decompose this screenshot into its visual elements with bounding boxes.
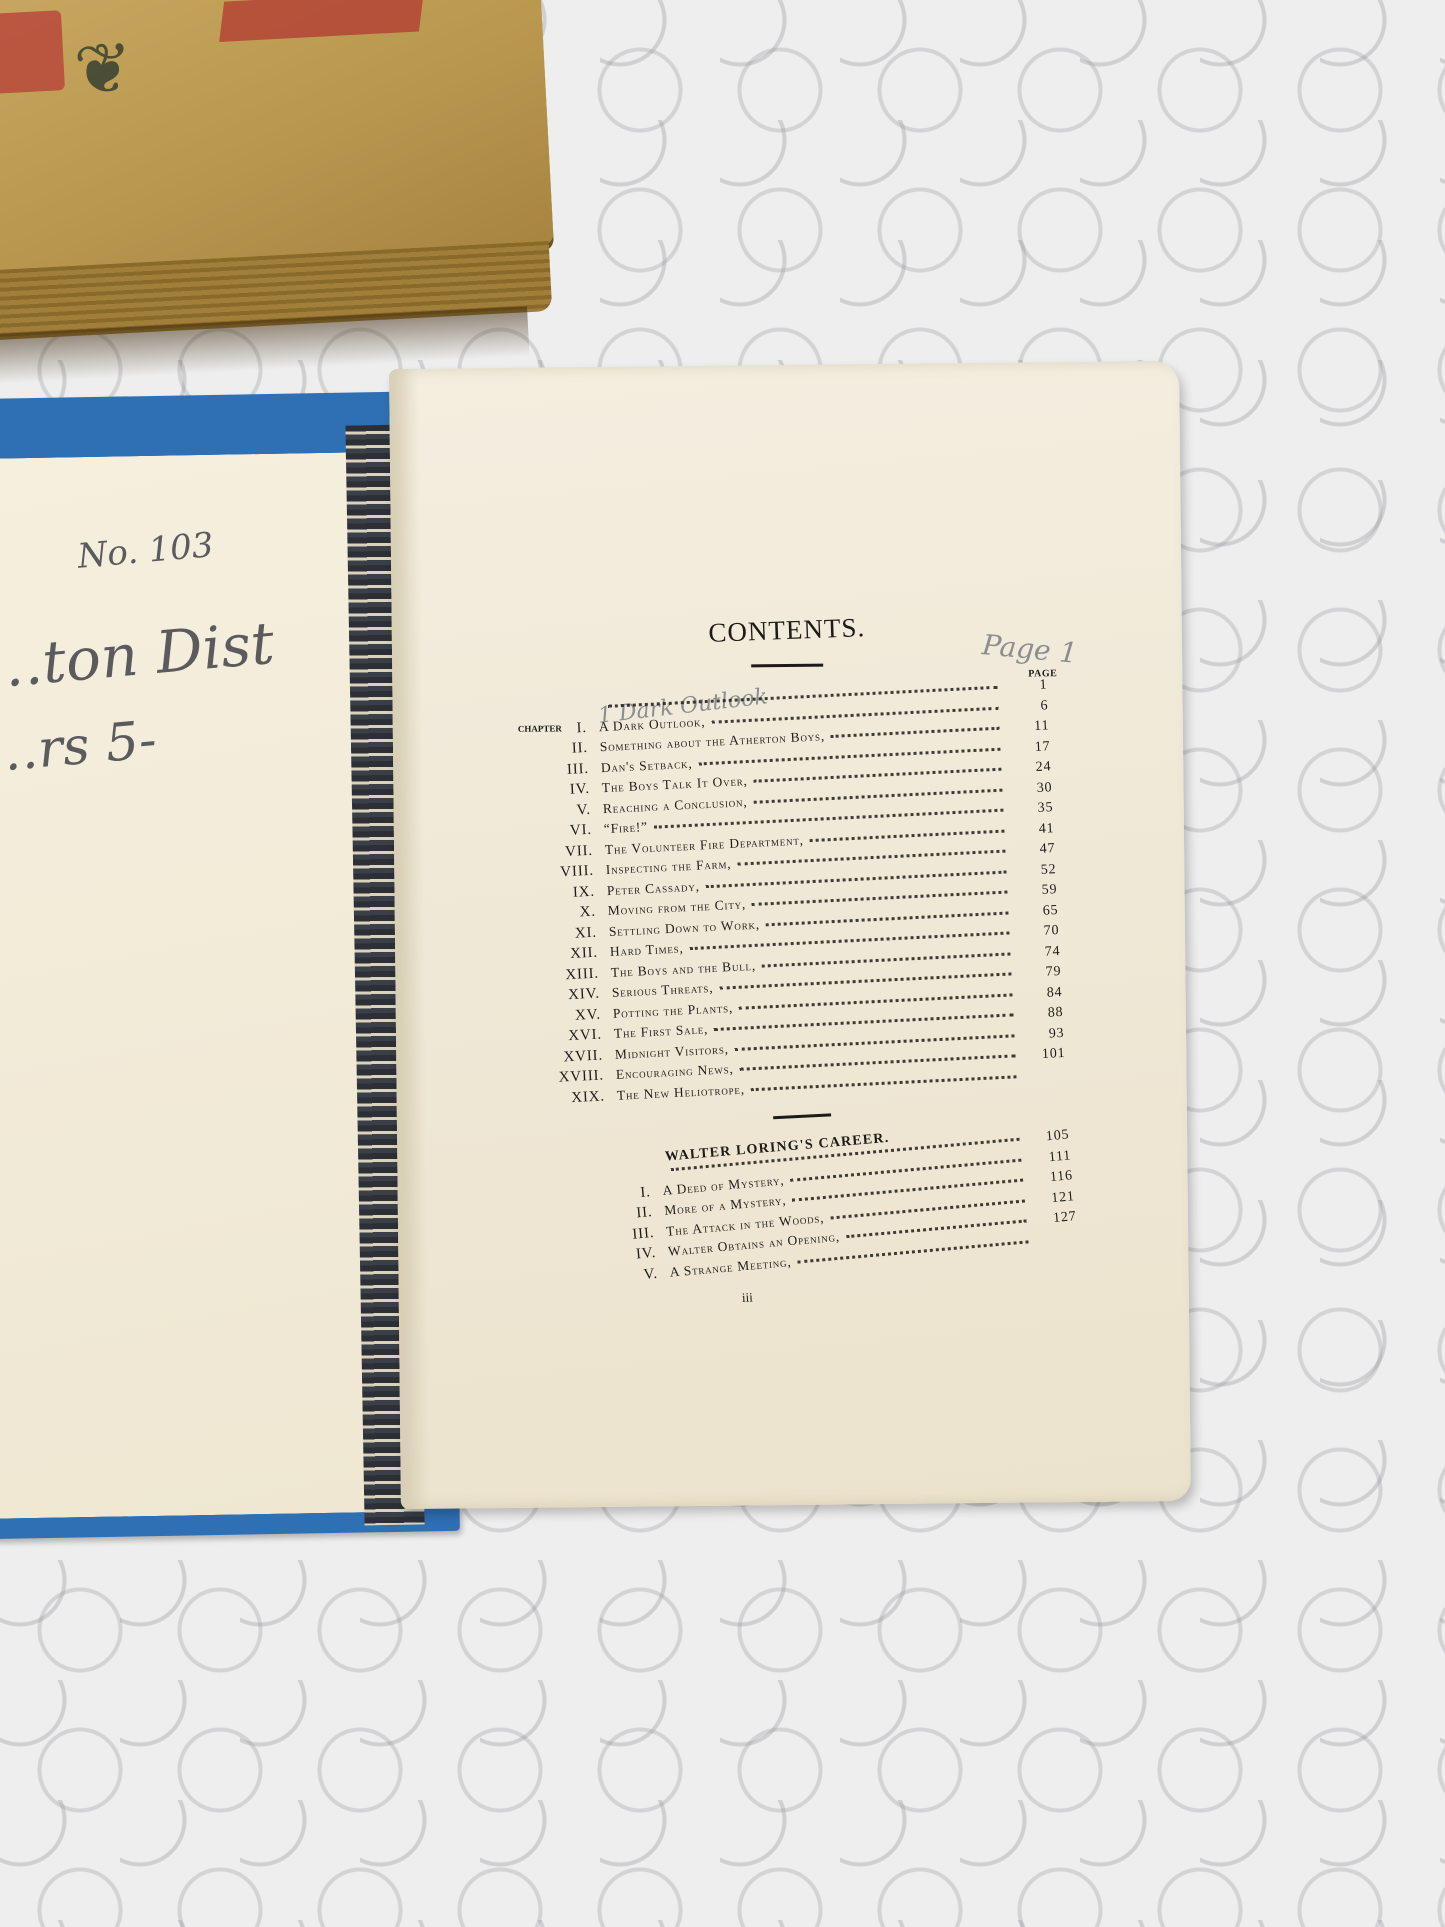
chapter-title: Peter Cassady, <box>606 878 700 899</box>
chapter-number: VII. <box>535 842 606 862</box>
chapter-number <box>528 710 598 713</box>
bow-ornament-icon: ❦ <box>72 27 135 113</box>
chapter-number: V. <box>533 801 604 821</box>
contents-block: CONTENTS. Page 1 PAGE 1 Dark Outlook CHA… <box>537 612 1038 669</box>
page-number: 88 <box>1019 1005 1064 1023</box>
chapter-number: VIII. <box>536 862 607 882</box>
page-number: 41 <box>1010 821 1055 839</box>
chapter-number: XVIII. <box>546 1067 617 1087</box>
chapter-number: XVI. <box>544 1026 615 1046</box>
chapter-title: “Fire!” <box>603 819 648 837</box>
page-number <box>1023 1077 1067 1079</box>
page-number: 74 <box>1016 944 1061 962</box>
leader-dots <box>810 829 1005 842</box>
contents-page: CONTENTS. Page 1 PAGE 1 Dark Outlook CHA… <box>389 361 1191 1509</box>
page-number: 52 <box>1012 862 1057 880</box>
yellow-book-cover: ❦ <box>0 0 554 276</box>
chapter-number: XV. <box>543 1005 614 1025</box>
chapter-number: XII. <box>540 944 611 964</box>
chapter-number: I. <box>529 719 600 739</box>
chapter-number: IV. <box>532 780 603 800</box>
chapter-number: VI. <box>534 821 605 841</box>
chapter-number: X. <box>538 903 609 923</box>
chapter-number: XIV. <box>542 985 613 1005</box>
chapter-title: Hard Times, <box>609 940 684 960</box>
page-number: 30 <box>1008 780 1053 798</box>
chapter-number <box>591 1174 661 1180</box>
chapter-title: Dan's Setback, <box>600 755 692 775</box>
page-number: 101 <box>1021 1046 1066 1064</box>
page-number: 1 <box>1003 677 1048 695</box>
leader-dots <box>754 768 1002 783</box>
page-number: 65 <box>1014 903 1059 921</box>
pencil-page-annotation: Page 1 <box>980 628 1078 670</box>
page-number: 127 <box>1032 1209 1077 1229</box>
chapter-number: IX. <box>537 883 608 903</box>
handwritten-book-number: No. 103 <box>76 525 215 577</box>
page-number: 6 <box>1004 698 1049 716</box>
open-book: No. 103 …ton Dist …rs 5- CONTENTS. Page … <box>0 395 1210 1545</box>
chapter-number: XI. <box>539 924 610 944</box>
page-number: 111 <box>1027 1148 1072 1168</box>
chapter-number: XIII. <box>541 964 612 984</box>
page-number: 93 <box>1020 1025 1065 1043</box>
page-number: 121 <box>1030 1189 1075 1209</box>
page-number: 24 <box>1007 759 1052 777</box>
page-number: 84 <box>1018 984 1063 1002</box>
chapter-number: II. <box>530 739 601 759</box>
leader-dots <box>831 727 1000 738</box>
page-number: 79 <box>1017 964 1062 982</box>
page-folio: iii <box>742 1274 1077 1306</box>
handwritten-district: …ton Dist <box>0 609 277 702</box>
page-number: 105 <box>1025 1127 1070 1147</box>
page-number <box>1035 1240 1079 1244</box>
page-number: 116 <box>1028 1168 1073 1188</box>
chapter-title: The First Sale, <box>613 1021 708 1042</box>
page-number: 35 <box>1009 800 1054 818</box>
chapter-number: XVII. <box>545 1046 616 1066</box>
page-number: 70 <box>1015 923 1060 941</box>
handwritten-line-2: …rs 5- <box>0 710 159 785</box>
page-number: 11 <box>1005 718 1050 736</box>
section-rule <box>773 1113 831 1119</box>
leader-dots <box>766 911 1009 926</box>
page-number: 47 <box>1011 841 1056 859</box>
page-number: 59 <box>1013 882 1058 900</box>
contents-title: CONTENTS. <box>536 606 1037 655</box>
chapter-list: 1 I.A Dark Outlook,6 II.Something about … <box>528 676 1077 1315</box>
chapter-number: XIX. <box>547 1087 618 1107</box>
top-yellow-book: ❦ <box>0 0 571 415</box>
page-number: 17 <box>1006 739 1051 757</box>
chapter-number: III. <box>531 760 602 780</box>
title-rule <box>751 664 823 668</box>
